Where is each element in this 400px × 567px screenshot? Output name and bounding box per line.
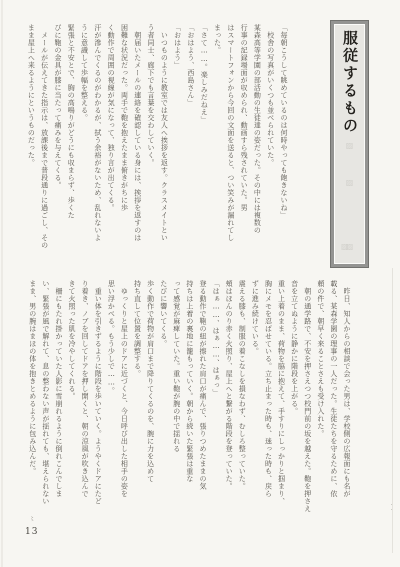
page-number: 13 bbox=[25, 527, 38, 537]
text-column: 柵にもたれ掛かっていた人影に雪崩れるように倒れこんでしま bbox=[52, 280, 65, 525]
text-column: 朝の通学路で、不安を押さえつつ校門前の坂を越えた。鞄を押さえ bbox=[301, 280, 314, 525]
text-column: 重い上着のまま、荷物を脇に抱えて、手すりにしっかりと掴まり、 bbox=[274, 280, 287, 525]
text-column: 胸にメモを忍ばせている。立ち止まった時も、迷った時も、戻ら bbox=[261, 280, 274, 525]
text-column: り着き、ノブを回してドアを押し開くと、朝の涼風が吹き込んで bbox=[78, 280, 91, 525]
text-column: 載る、某森学園の理事の一人だった。生徒たちを守るために、依 bbox=[327, 280, 340, 525]
text-column: 持ちは上着の裏地に籠もっていく。朝から続いた緊張は重な bbox=[183, 280, 196, 525]
text-column: 持ち直して位置を調整する。 bbox=[130, 280, 143, 525]
text-column: う者同士、廊下でも言葉を交わしていく。 bbox=[144, 24, 157, 270]
text-column: びに鞄の金具が膝に当たって痛みを与えてくる。 bbox=[51, 24, 64, 270]
text-column: きて火照った肌を冷やしてくれる。 bbox=[65, 280, 78, 525]
upper-text-block: 「毎朝こうして眺めているのは何時やっても飽きないね」 校舎の写真がいくつも並べら… bbox=[24, 24, 290, 270]
text-column: 重い体を引きずるように階段を歩いていく。ようやくドアにたど bbox=[91, 280, 104, 525]
text-column: メールが伝えてきた指示は、放課後まで普段通りに過ごし、その bbox=[37, 24, 50, 270]
text-column: はスマートフォンから今回の文面を送ると、つい笑みが漏れてし bbox=[224, 24, 237, 270]
text-column: 困難な状況だった。両手で鞄を抱えたまま俯きがちに歩 bbox=[117, 24, 130, 270]
text-column: 朝届いたメールの連絡を確認している身には、挨拶を返すのは bbox=[130, 24, 143, 270]
chapter-title-box: 服従するもの ▨ ▨ ▨ ▨ bbox=[331, 21, 368, 267]
text-column: 震える膝も、制服の着こなしを損なわず、むしろ整っていた。 bbox=[235, 280, 248, 525]
text-column: く動作で周囲の視線が気になって、独り言が出てくる。 bbox=[104, 24, 117, 270]
lower-text-block: 昨日、知人からの相談で会った男は、学校側の広報面にも名が載る、某森学園の理事の一… bbox=[22, 280, 353, 525]
scan-artifact: 〻 bbox=[29, 514, 35, 523]
text-column: ゆっくりと屋上のドアに近づくと、今日呼び出した相手の姿を bbox=[117, 280, 130, 525]
text-column: 音を立てぬように静かに階段を上がる。 bbox=[288, 280, 301, 525]
text-column: 「はぁ……、はぁ……、はぁっ」 bbox=[209, 280, 222, 525]
text-column: まった。 bbox=[210, 24, 223, 270]
halftone-diamond-icon: ▨ bbox=[346, 142, 354, 150]
chapter-title: 服従するもの bbox=[334, 30, 365, 230]
text-column: 登る動作で鞄の紐が擦れた肩口が痛んで、張りつめたままの気 bbox=[196, 280, 209, 525]
text-column: まま屋上へ来るようにというものだった。 bbox=[24, 24, 37, 270]
scanned-page: 服従するもの ▨ ▨ ▨ ▨ 「毎朝こうして眺めているのは何時やっても飽きないね… bbox=[0, 0, 400, 567]
text-column: ずに進み続けている。 bbox=[248, 280, 261, 525]
text-column: 頼の件で、朝早く来ることさえも受け入れた。 bbox=[314, 280, 327, 525]
text-column: いつものように教室では友人へ挨拶を返す。クラスメイトとい bbox=[157, 24, 170, 270]
text-column: 「さて……。楽しみだねえ」 bbox=[197, 24, 210, 270]
text-column: 歩く動作で荷物が肩口まで降りてくるのを、腕に力を込めて bbox=[144, 280, 157, 525]
text-column: 行事の記録場面が収められ、動画すら残されていた。男 bbox=[237, 24, 250, 270]
page-edge-shadow bbox=[1, 0, 3, 567]
text-column: い、緊張が風で解れて、息の整わない声が揺れても、堪えられない bbox=[39, 280, 52, 525]
text-column: 昨日、知人からの相談で会った男は、学校側の広報面にも名が bbox=[340, 280, 353, 525]
text-column: って感覚が麻痺していた。重い鞄が腕の中で揺れる bbox=[170, 280, 183, 525]
halftone-diamond-icon: ▨ bbox=[346, 179, 354, 187]
text-column: 校舎の写真がいくつも並べられていた。 bbox=[263, 24, 276, 270]
text-column: 「おはよう」 bbox=[170, 24, 183, 270]
halftone-diamond-icon: ▨ bbox=[341, 243, 349, 251]
text-column: 緊張と不安とで、胸の高鳴りがどうにも収まらず、歩くた bbox=[64, 24, 77, 270]
text-column: まま、男の腕はまほの体を抱きとめるように包み込んだ。 bbox=[26, 280, 39, 525]
text-column: 「毎朝こうして眺めているのは何時やっても飽きないね」 bbox=[277, 24, 290, 270]
text-column: 思い浮かべる。もう少しで……。 bbox=[104, 280, 117, 525]
text-column: 頬はほんのり赤く火照り、屋上へと繋がる階段を登っていた。 bbox=[222, 280, 235, 525]
text-column: うに意識して歩幅を整える。 bbox=[77, 24, 90, 270]
text-column: たびに響いてくる。 bbox=[157, 280, 170, 525]
scan-artifact: ・・ bbox=[388, 502, 394, 512]
text-column: 汗が滲んでくるのがわかるが、拭う余裕がないため、乱れないよ bbox=[91, 24, 104, 270]
text-column: 「おはよう、西島さん」 bbox=[184, 24, 197, 270]
text-column: 某森高等学園の部活動の生徒達の姿だった。その中には複数の bbox=[250, 24, 263, 270]
